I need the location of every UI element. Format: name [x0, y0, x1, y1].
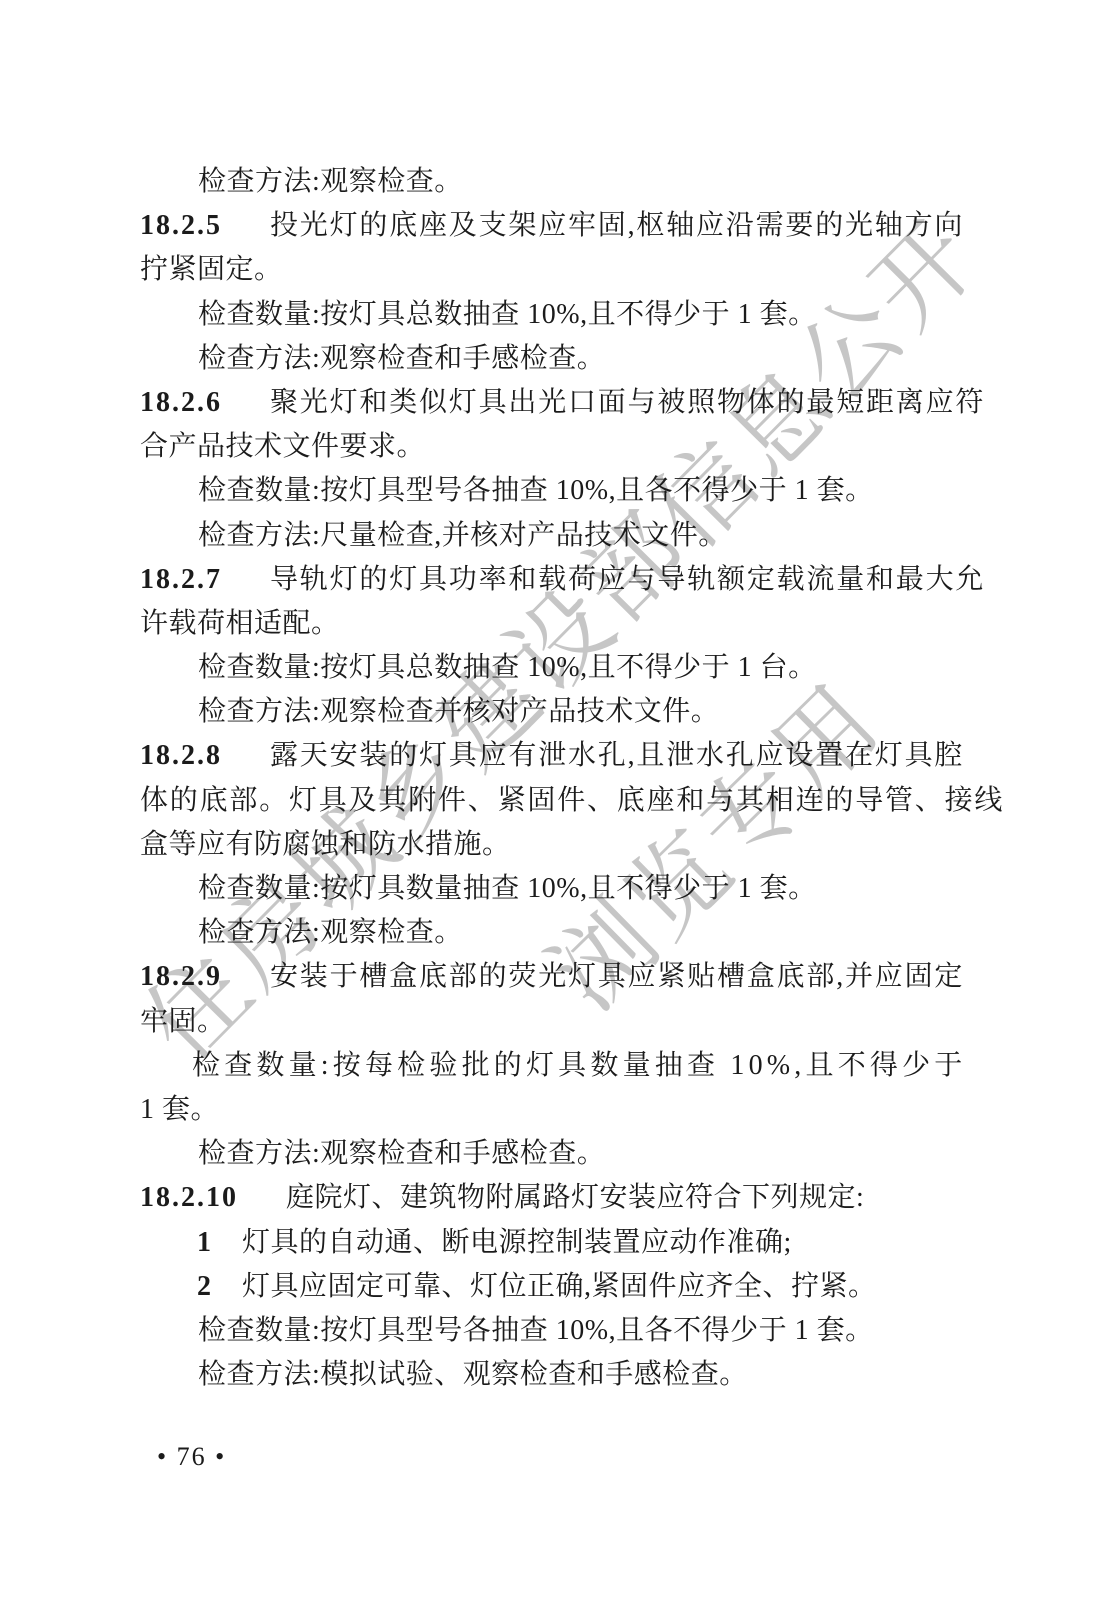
- text-line: 18.2.7导轨灯的灯具功率和载荷应与导轨额定载流量和最大允: [140, 558, 962, 602]
- text-line: 18.2.6聚光灯和类似灯具出光口面与被照物体的最短距离应符: [140, 381, 962, 425]
- section-number: 18.2.10: [140, 1176, 238, 1220]
- line-text: 检查数量:按灯具型号各抽查 10%,且各不得少于 1 套。: [198, 1315, 874, 1346]
- text-line: 18.2.5投光灯的底座及支架应牢固,枢轴应沿需要的光轴方向: [140, 204, 962, 248]
- line-text: 检查方法:观察检查并核对产品技术文件。: [198, 696, 719, 727]
- list-number: 2: [197, 1271, 213, 1302]
- line-text: 许载荷相适配。: [140, 608, 340, 639]
- line-text: 拧紧固定。: [140, 254, 283, 285]
- text-line: 拧紧固定。: [140, 248, 962, 292]
- line-text: 检查方法:观察检查和手感检查。: [198, 343, 605, 374]
- text-line: 检查数量:按灯具总数抽查 10%,且不得少于 1 套。: [140, 293, 962, 337]
- line-text: 牢固。: [140, 1006, 226, 1037]
- line-text: 灯具的自动通、断电源控制装置应动作准确;: [242, 1227, 792, 1258]
- line-text: 检查方法:尺量检查,并核对产品技术文件。: [198, 520, 727, 551]
- line-text: 检查数量:按每检验批的灯具数量抽查 10%,且不得少于: [192, 1050, 967, 1081]
- text-line: 1灯具的自动通、断电源控制装置应动作准确;: [140, 1221, 962, 1265]
- line-text: 检查数量:按灯具总数抽查 10%,且不得少于 1 套。: [198, 299, 817, 330]
- section-number: 18.2.7: [140, 558, 222, 602]
- section-number: 18.2.8: [140, 734, 222, 778]
- line-text: 安装于槽盒底部的荧光灯具应紧贴槽盒底部,并应固定: [270, 961, 964, 992]
- section-number: 18.2.6: [140, 381, 222, 425]
- text-line: 检查方法:观察检查。: [140, 911, 962, 955]
- text-line: 检查方法:观察检查和手感检查。: [140, 1132, 962, 1176]
- line-text: 1 套。: [140, 1094, 219, 1125]
- text-line: 检查数量:按灯具数量抽查 10%,且不得少于 1 套。: [140, 867, 962, 911]
- section-number: 18.2.5: [140, 204, 222, 248]
- text-line: 检查数量:按灯具型号各抽查 10%,且各不得少于 1 套。: [140, 469, 962, 513]
- text-line: 检查方法:观察检查和手感检查。: [140, 337, 962, 381]
- line-text: 体的底部。灯具及其附件、紧固件、底座和与其相连的导管、接线: [140, 785, 1004, 816]
- text-line: 1 套。: [140, 1088, 962, 1132]
- text-line: 体的底部。灯具及其附件、紧固件、底座和与其相连的导管、接线: [140, 779, 962, 823]
- line-text: 检查数量:按灯具型号各抽查 10%,且各不得少于 1 套。: [198, 475, 874, 506]
- line-text: 导轨灯的灯具功率和载荷应与导轨额定载流量和最大允: [270, 564, 985, 595]
- line-text: 检查方法:观察检查。: [198, 917, 463, 948]
- line-text: 合产品技术文件要求。: [140, 431, 425, 462]
- section-number: 18.2.9: [140, 955, 222, 999]
- line-text: 庭院灯、建筑物附属路灯安装应符合下列规定:: [286, 1182, 864, 1213]
- text-line: 18.2.9安装于槽盒底部的荧光灯具应紧贴槽盒底部,并应固定: [140, 955, 962, 999]
- text-line: 检查方法:观察检查并核对产品技术文件。: [140, 690, 962, 734]
- text-line: 18.2.10庭院灯、建筑物附属路灯安装应符合下列规定:: [140, 1176, 962, 1220]
- list-number: 1: [197, 1227, 213, 1258]
- line-text: 检查数量:按灯具数量抽查 10%,且不得少于 1 套。: [198, 873, 817, 904]
- document-text: 检查方法:观察检查。18.2.5投光灯的底座及支架应牢固,枢轴应沿需要的光轴方向…: [140, 160, 962, 1397]
- text-line: 检查数量:按灯具型号各抽查 10%,且各不得少于 1 套。: [140, 1309, 962, 1353]
- page-number: • 76 •: [157, 1442, 226, 1472]
- document-page: 住房城乡建设部信息公开 浏览专用 检查方法:观察检查。18.2.5投光灯的底座及…: [0, 0, 1102, 1598]
- text-line: 许载荷相适配。: [140, 602, 962, 646]
- line-text: 投光灯的底座及支架应牢固,枢轴应沿需要的光轴方向: [270, 210, 964, 241]
- line-text: 检查数量:按灯具总数抽查 10%,且不得少于 1 台。: [198, 652, 817, 683]
- line-text: 检查方法:观察检查和手感检查。: [198, 1138, 605, 1169]
- line-text: 露天安装的灯具应有泄水孔,且泄水孔应设置在灯具腔: [270, 740, 964, 771]
- text-line: 盒等应有防腐蚀和防水措施。: [140, 823, 962, 867]
- text-line: 合产品技术文件要求。: [140, 425, 962, 469]
- line-text: 检查方法:模拟试验、观察检查和手感检查。: [198, 1359, 748, 1390]
- text-line: 检查方法:模拟试验、观察检查和手感检查。: [140, 1353, 962, 1397]
- line-text: 聚光灯和类似灯具出光口面与被照物体的最短距离应符: [270, 387, 985, 418]
- text-line: 2灯具应固定可靠、灯位正确,紧固件应齐全、拧紧。: [140, 1265, 962, 1309]
- text-line: 检查数量:按灯具总数抽查 10%,且不得少于 1 台。: [140, 646, 962, 690]
- text-line: 检查数量:按每检验批的灯具数量抽查 10%,且不得少于: [140, 1044, 962, 1088]
- line-text: 检查方法:观察检查。: [198, 166, 463, 197]
- line-text: 灯具应固定可靠、灯位正确,紧固件应齐全、拧紧。: [242, 1271, 877, 1302]
- line-text: 盒等应有防腐蚀和防水措施。: [140, 829, 511, 860]
- text-line: 牢固。: [140, 1000, 962, 1044]
- text-line: 检查方法:观察检查。: [140, 160, 962, 204]
- text-line: 18.2.8露天安装的灯具应有泄水孔,且泄水孔应设置在灯具腔: [140, 734, 962, 778]
- text-line: 检查方法:尺量检查,并核对产品技术文件。: [140, 514, 962, 558]
